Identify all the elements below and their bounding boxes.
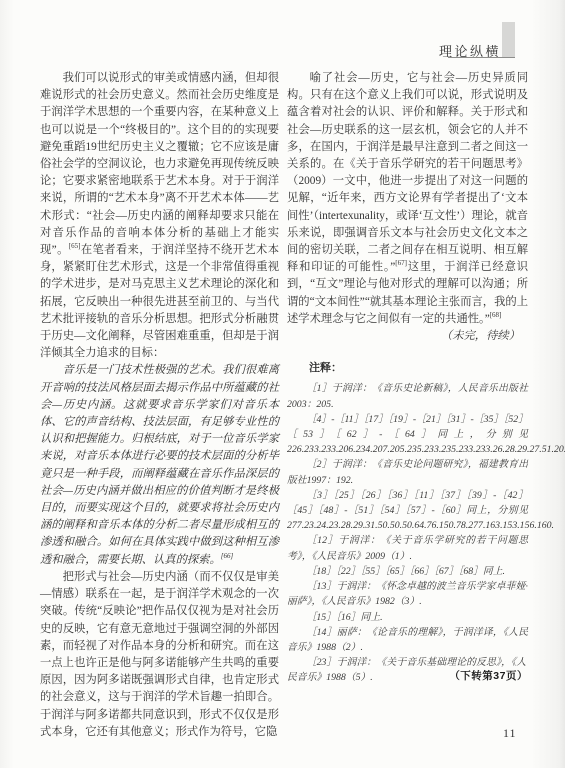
right-column: 喻了社会—历史，它与社会—历史异质同构。只有在这个意义上我们可以说，形式说明及蕴… [287,70,528,686]
block-quote: 音乐是一门技术性极强的艺术。我们很难离开音响的技法风格层面去揭示作品中所蕴藏的社… [40,362,279,568]
note-item: ［1］于润洋：《音乐史论新稿》，人民音乐出版社2003：205. [287,381,528,411]
note-item: ［13］于润洋：《怀念卓越的波兰音乐学家卓菲娅·丽萨》，《人民音乐》1982（3… [287,579,528,609]
journal-page: 理论纵横 我们可以说形式的审美或情感内涵，但却很难说形式的社会历史意义。然而社会… [0,0,565,768]
note-item: ［18］［22］［55］［65］［66］［67］［68］同上. [287,564,528,579]
footnote-ref-66: [66] [221,552,233,560]
page-number: 11 [503,726,517,741]
footnote-ref-67: [67] [395,259,407,267]
continued-on-page-note: （下转第37页） [430,669,528,684]
paragraph-text: 我们可以说形式的审美或情感内涵，但却很难说形式的社会历史意义。然而社会历史维度是… [40,72,279,256]
header-rule [448,57,515,58]
body-paragraph: 把形式与社会—历史内涵（而不仅仅是审美—情感）联系在一起，是于润洋学术观念的一次… [40,569,279,741]
note-item: ［14］丽萨：《论音乐的理解》，于润洋译，《人民音乐》1988（2）. [287,625,528,655]
notes-heading: 注释： [287,360,528,377]
note-item: ［23］于润洋：《关于音乐基础理论的反思》，《人民音乐》1988（5）.（下转第… [287,655,528,685]
note-item: ［2］于润洋：《音乐史论问题研究》，福建教育出版社1997：192. [287,457,528,487]
note-item: ［12］于润洋：《关于音乐学研究的若干问题思考》，《人民音乐》2009（1）. [287,533,528,563]
note-item: ［3］［25］［26］［36］［11］［37］［39］-［42］［45］［48］… [287,488,528,534]
body-paragraph: 喻了社会—历史，它与社会—历史异质同构。只有在这个意义上我们可以说，形式说明及蕴… [287,70,528,328]
left-column: 我们可以说形式的审美或情感内涵，但却很难说形式的社会历史意义。然而社会历史维度是… [40,70,279,741]
header-tab-block [502,22,515,58]
quote-text: 音乐是一门技术性极强的艺术。我们很难离开音响的技法风格层面去揭示作品中所蕴藏的社… [40,364,279,565]
to-be-continued-note: （未完，待续） [287,328,528,345]
note-item: ［15］［16］同上. [287,610,528,625]
footnote-ref-68: [68] [490,311,502,319]
footnote-ref-65: [65] [69,242,81,250]
paragraph-text: 喻了社会—历史，它与社会—历史异质同构。只有在这个意义上我们可以说，形式说明及蕴… [287,72,528,273]
note-item: ［4］-［11］［17］［19］-［21］［31］-［35］［52］［53］［6… [287,412,528,458]
paragraph-text: 在笔者看来，于润洋坚持不绕开艺术本身，紧紧盯住艺术形式，这是一个非常值得重视的学… [40,244,279,359]
body-paragraph: 我们可以说形式的审美或情感内涵，但却很难说形式的社会历史意义。然而社会历史维度是… [40,70,279,362]
